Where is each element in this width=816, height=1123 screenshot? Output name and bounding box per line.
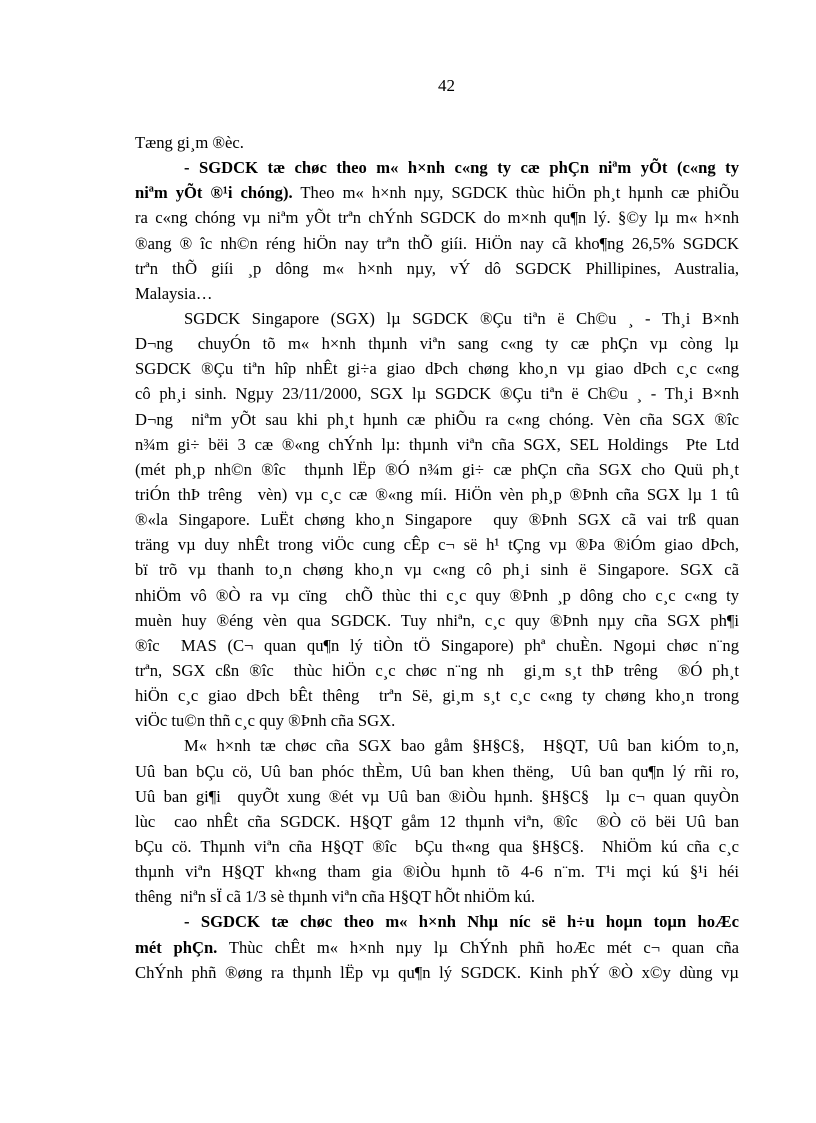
text-line: bï trõ vµ thanh to¸n chøng kho¸n vµ c«ng… (135, 557, 739, 582)
line-text: D¬ng niªm yÕt sau khi ph¸t hµnh cæ phiÕu… (135, 410, 739, 429)
text-line: nhiÖm vô ®Ò ra vµ cïng chÕ thùc thi c¸c … (135, 583, 739, 608)
text-line: ®ang ® îc nh©n réng hiÖn nay trªn thÕ gi… (135, 231, 739, 256)
line-text: viÖc tu©n thñ c¸c quy ®Þnh cña SGX. (135, 711, 395, 730)
line-text: ®ang ® îc nh©n réng hiÖn nay trªn thÕ gi… (135, 234, 739, 253)
text-line: triÓn thÞ tr­êng vèn) vµ c¸c cæ ®«ng míi… (135, 482, 739, 507)
text-line: - SGDCK tæ chøc theo m« h×nh c«ng ty cæ … (135, 155, 739, 180)
text-line: niªm yÕt ®¹i chóng). Theo m« h×nh nµy, S… (135, 180, 739, 205)
bold-text: - SGDCK tæ chøc theo m« h×nh Nhµ níc së … (184, 912, 739, 931)
line-text: n¾m gi÷ bëi 3 cæ ®«ng chÝnh lµ: thµnh vi… (135, 435, 739, 454)
text-line: ChÝnh phñ ®øng ra thµnh lËp vµ qu¶n lý S… (135, 960, 739, 985)
text-line: viÖc tu©n thñ c¸c quy ®Þnh cña SGX. (135, 708, 739, 733)
text-line: Tæng gi¸m ®èc. (135, 130, 739, 155)
line-text: Theo m« h×nh nµy, SGDCK thùc hiÖn ph¸t h… (293, 183, 739, 202)
line-text: (mét ph¸p nh©n ®îc thµnh lËp ®Ó n¾m gi÷ … (135, 460, 739, 479)
text-line: - SGDCK tæ chøc theo m« h×nh Nhµ níc së … (135, 909, 739, 934)
text-line: Malaysia… (135, 281, 739, 306)
text-line: träng vµ duy nhÊt trong viÖc cung cÊp c¬… (135, 532, 739, 557)
line-text: bÇu cö. Thµnh viªn cña H§QT ®îc bÇu th«n… (135, 837, 739, 856)
bold-text: niªm yÕt ®¹i chóng). (135, 183, 293, 202)
line-text: M« h×nh tæ chøc cña SGX bao gåm §H§C§, H… (184, 736, 739, 755)
line-text: Thùc chÊt m« h×nh nµy lµ ChÝnh phñ hoÆc … (217, 938, 739, 957)
line-text: D¬ng chuyÓn tõ m« h×nh thµnh viªn sang c… (135, 334, 739, 353)
text-line: bÇu cö. Thµnh viªn cña H§QT ®îc bÇu th«n… (135, 834, 739, 859)
line-text: muèn huy ®éng vèn qua SGDCK. Tuy nhiªn, … (135, 611, 739, 630)
text-line: thµnh viªn H§QT kh«ng tham gia ®iÒu hµnh… (135, 859, 739, 884)
line-text: hiÖn c¸c giao dÞch bÊt th­êng trªn Së, g… (135, 686, 739, 705)
page-number: 42 (0, 76, 816, 96)
text-line: (mét ph¸p nh©n ®îc thµnh lËp ®Ó n¾m gi÷ … (135, 457, 739, 482)
document-page: 42 Tæng gi¸m ®èc.- SGDCK tæ chøc theo m«… (0, 0, 816, 1123)
line-text: ®«la Singapore. LuËt chøng kho¸n Singapo… (135, 510, 739, 529)
text-line: Uû ban bÇu cö, Uû ban phóc thÈm, Uû ban … (135, 759, 739, 784)
line-text: Tæng gi¸m ®èc. (135, 133, 244, 152)
text-line: hiÖn c¸c giao dÞch bÊt th­êng trªn Së, g… (135, 683, 739, 708)
line-text: nhiÖm vô ®Ò ra vµ cïng chÕ thùc thi c¸c … (135, 586, 739, 605)
line-text: trªn thÕ giíi ¸p dông m« h×nh nµy, vÝ dô… (135, 259, 739, 278)
bold-text: - SGDCK tæ chøc theo m« h×nh c«ng ty cæ … (184, 158, 739, 177)
text-line: cô ph¸i sinh. Ngµy 23/11/2000, SGX lµ SG… (135, 381, 739, 406)
text-line: ra c«ng chóng vµ niªm yÕt trªn chÝnh SGD… (135, 205, 739, 230)
text-line: SGDCK ®Çu tiªn hîp nhÊt gi÷a giao dÞch c… (135, 356, 739, 381)
line-text: triÓn thÞ tr­êng vèn) vµ c¸c cæ ®«ng míi… (135, 485, 739, 504)
text-line: SGDCK Singapore (SGX) lµ SGDCK ®Çu tiªn … (135, 306, 739, 331)
text-line: n¾m gi÷ bëi 3 cæ ®«ng chÝnh lµ: thµnh vi… (135, 432, 739, 457)
line-text: träng vµ duy nhÊt trong viÖc cung cÊp c¬… (135, 535, 739, 554)
line-text: ChÝnh phñ ®øng ra thµnh lËp vµ qu¶n lý S… (135, 963, 739, 982)
text-line: trªn thÕ giíi ¸p dông m« h×nh nµy, vÝ dô… (135, 256, 739, 281)
line-text: lùc cao nhÊt cña SGDCK. H§QT gåm 12 thµn… (135, 812, 739, 831)
line-text: SGDCK Singapore (SGX) lµ SGDCK ®Çu tiªn … (184, 309, 739, 328)
text-line: D¬ng chuyÓn tõ m« h×nh thµnh viªn sang c… (135, 331, 739, 356)
text-line: lùc cao nhÊt cña SGDCK. H§QT gåm 12 thµn… (135, 809, 739, 834)
bold-text: mét phÇn. (135, 938, 217, 957)
text-line: mét phÇn. Thùc chÊt m« h×nh nµy lµ ChÝnh… (135, 935, 739, 960)
line-text: SGDCK ®Çu tiªn hîp nhÊt gi÷a giao dÞch c… (135, 359, 739, 378)
line-text: thµnh viªn H§QT kh«ng tham gia ®iÒu hµnh… (135, 862, 739, 881)
text-line: ®îc MAS (C¬ quan qu¶n lý tiÒn tÖ Singapo… (135, 633, 739, 658)
text-line: M« h×nh tæ chøc cña SGX bao gåm §H§C§, H… (135, 733, 739, 758)
line-text: th­êng niªn sÏ cã 1/3 sè thµnh viªn cña … (135, 887, 535, 906)
line-text: cô ph¸i sinh. Ngµy 23/11/2000, SGX lµ SG… (135, 384, 739, 403)
text-line: th­êng niªn sÏ cã 1/3 sè thµnh viªn cña … (135, 884, 739, 909)
line-text: ra c«ng chóng vµ niªm yÕt trªn chÝnh SGD… (135, 208, 739, 227)
line-text: trªn, SGX cßn ®îc thùc hiÖn c¸c chøc n¨n… (135, 661, 739, 680)
line-text: Uû ban gi¶i quyÕt xung ®ét vµ Uû ban ®iÒ… (135, 787, 739, 806)
text-line: ®«la Singapore. LuËt chøng kho¸n Singapo… (135, 507, 739, 532)
line-text: Malaysia… (135, 284, 212, 303)
line-text: Uû ban bÇu cö, Uû ban phóc thÈm, Uû ban … (135, 762, 739, 781)
body-text: Tæng gi¸m ®èc.- SGDCK tæ chøc theo m« h×… (135, 130, 739, 985)
text-line: trªn, SGX cßn ®îc thùc hiÖn c¸c chøc n¨n… (135, 658, 739, 683)
text-line: D¬ng niªm yÕt sau khi ph¸t hµnh cæ phiÕu… (135, 407, 739, 432)
line-text: ®îc MAS (C¬ quan qu¶n lý tiÒn tÖ Singapo… (135, 636, 739, 655)
text-line: muèn huy ®éng vèn qua SGDCK. Tuy nhiªn, … (135, 608, 739, 633)
text-line: Uû ban gi¶i quyÕt xung ®ét vµ Uû ban ®iÒ… (135, 784, 739, 809)
line-text: bï trõ vµ thanh to¸n chøng kho¸n vµ c«ng… (135, 560, 739, 579)
